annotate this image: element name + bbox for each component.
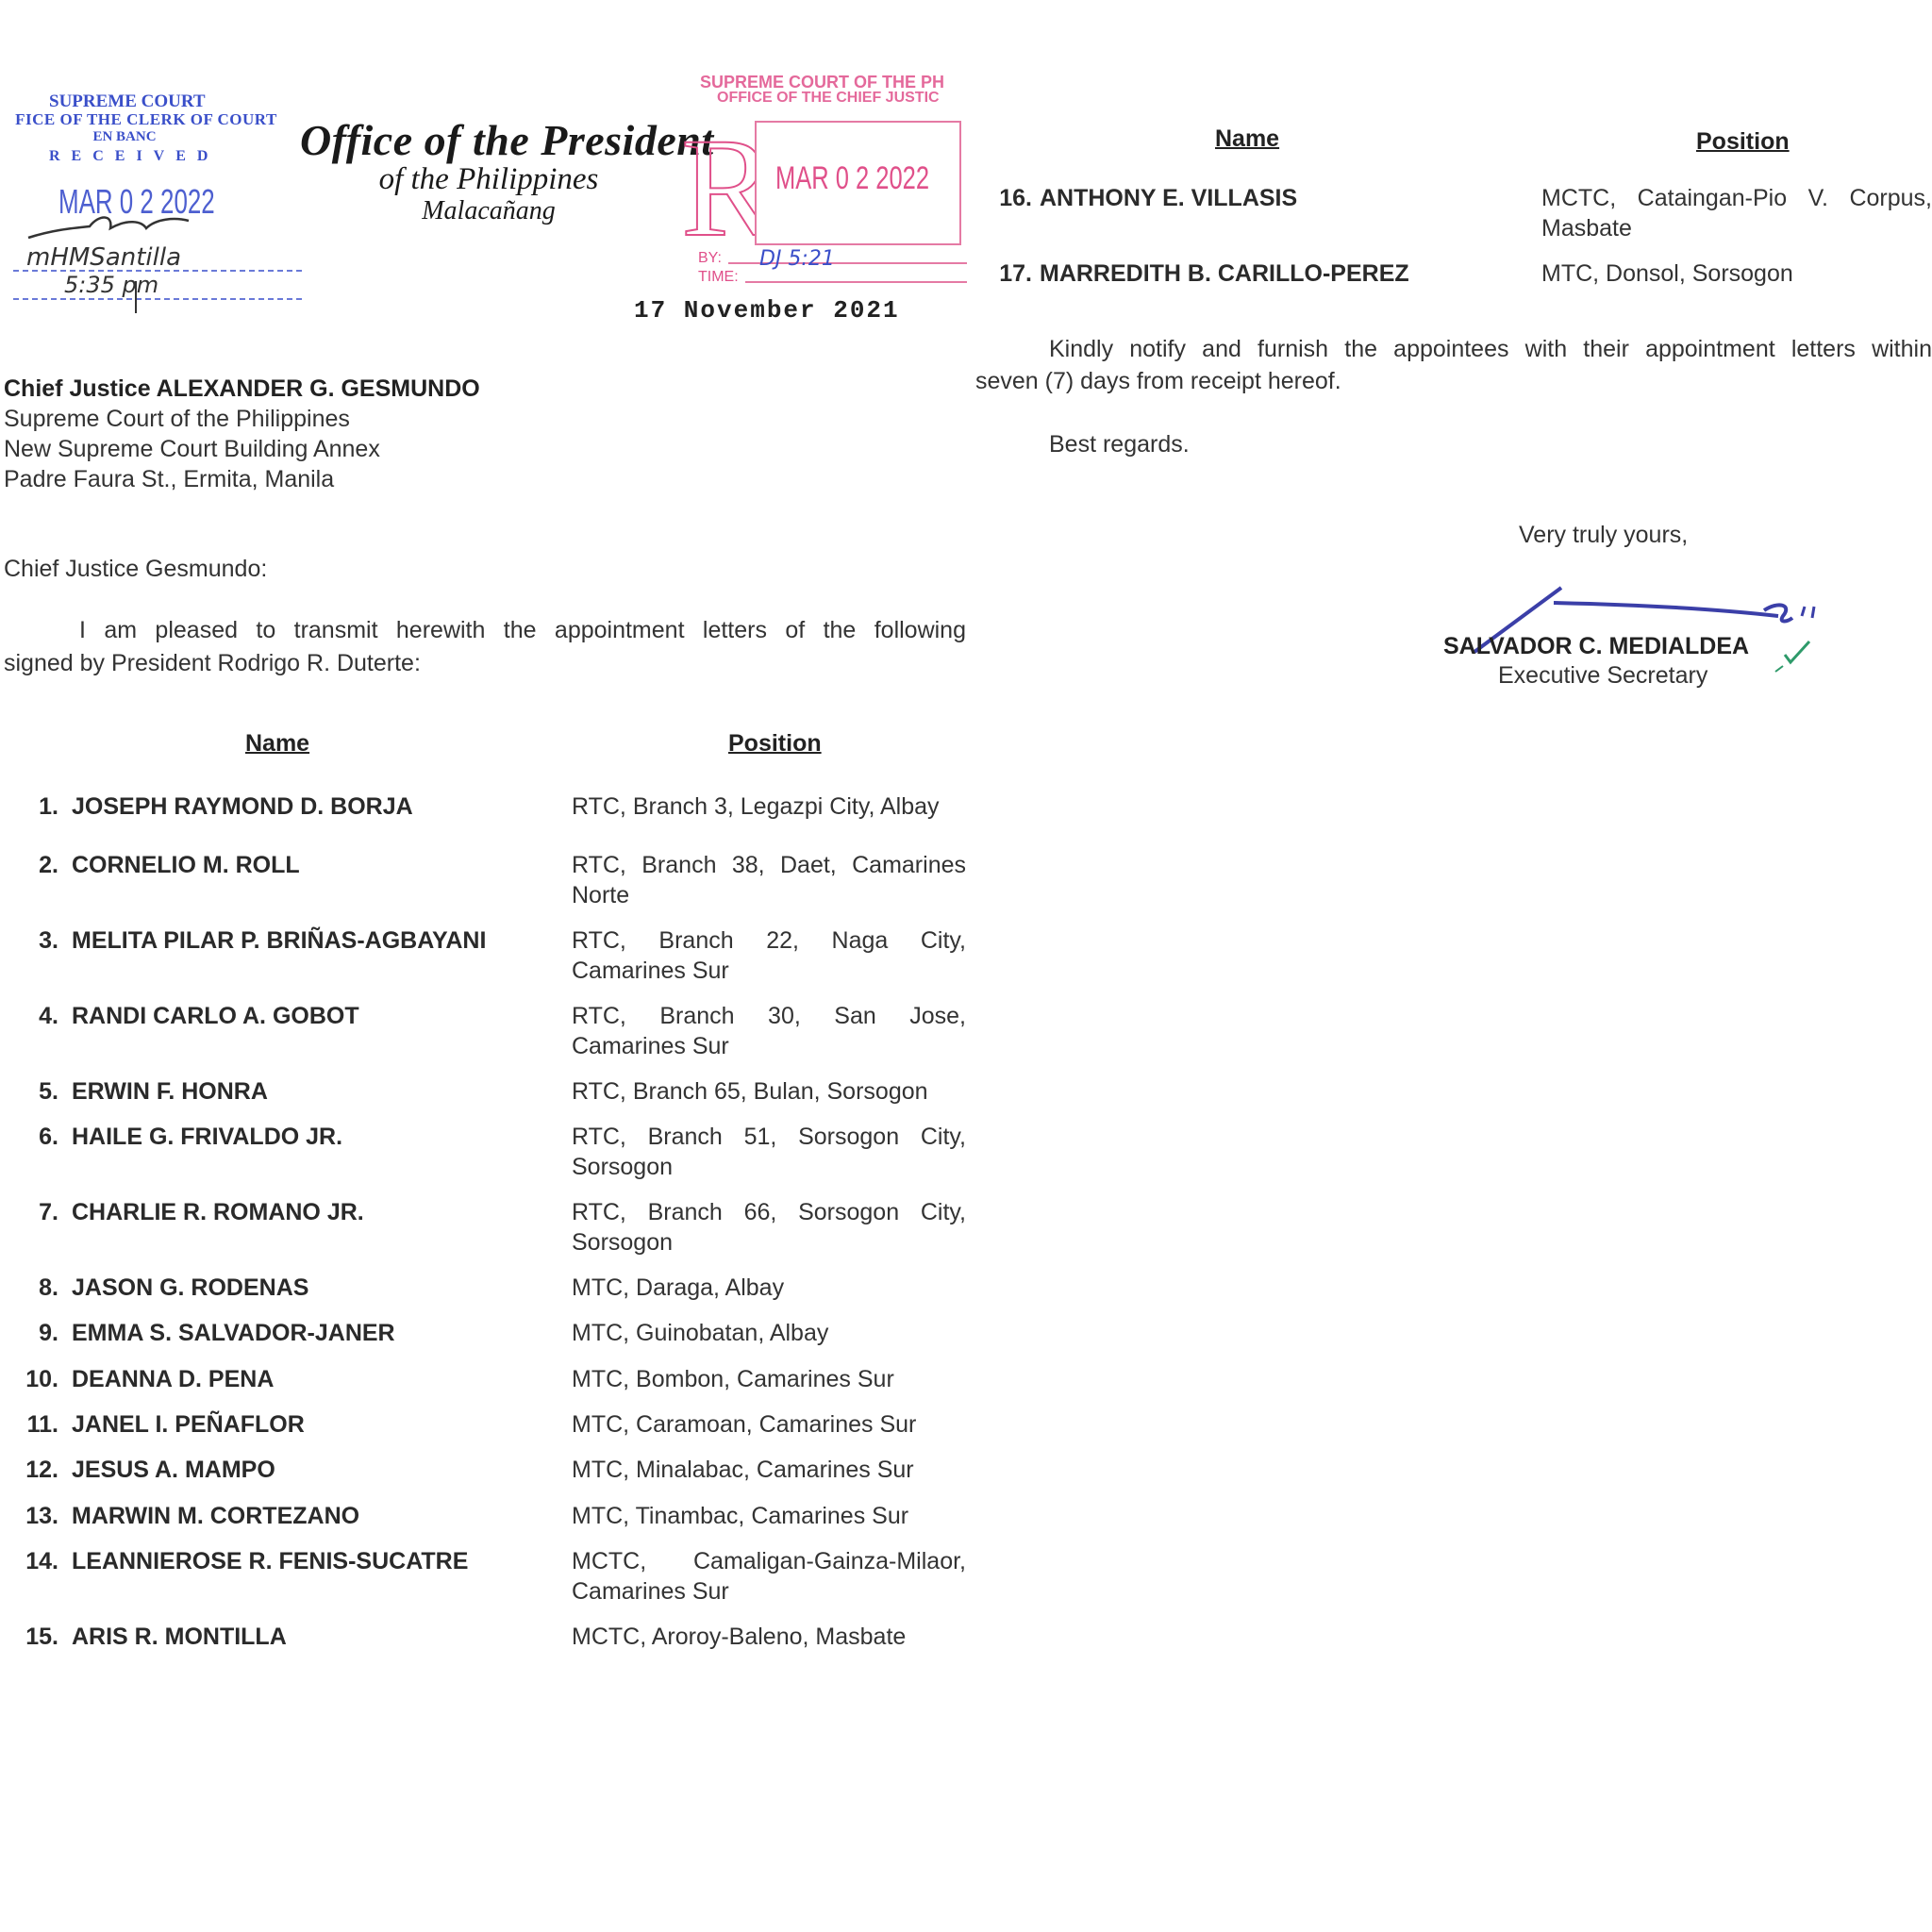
appointee-position: MTC, Minalabac, Camarines Sur bbox=[572, 1455, 966, 1487]
row-number: 14. bbox=[17, 1548, 58, 1575]
row-number: 1. bbox=[17, 793, 58, 821]
row-number: 12. bbox=[17, 1457, 58, 1484]
row-number: 2. bbox=[17, 852, 58, 879]
checkmark-icon bbox=[1772, 634, 1819, 677]
intro-paragraph-line-1: I am pleased to transmit herewith the ap… bbox=[79, 617, 966, 644]
handwritten-initials-icon bbox=[24, 209, 193, 247]
appointee-name: ARIS R. MONTILLA bbox=[72, 1624, 287, 1651]
stamp-line-2: FICE OF THE CLERK OF COURT bbox=[0, 110, 292, 129]
stamp-line-4: RECEIVED bbox=[49, 148, 200, 165]
row-number: 6. bbox=[17, 1124, 58, 1151]
row-number: 10. bbox=[17, 1366, 58, 1393]
appointee-position: RTC, Branch 66, Sorsogon City, Sorsogon bbox=[572, 1197, 966, 1259]
appointee-name: RANDI CARLO A. GOBOT bbox=[72, 1003, 359, 1030]
appointee-name: JASON G. RODENAS bbox=[72, 1274, 308, 1302]
appointee-name: LEANNIEROSE R. FENIS-SUCATRE bbox=[72, 1548, 468, 1575]
pink-time-line bbox=[745, 281, 967, 283]
row-number: 4. bbox=[17, 1003, 58, 1030]
pink-stamp-time-label: TIME: bbox=[698, 269, 739, 286]
appointee-position: RTC, Branch 38, Daet, Camarines Norte bbox=[572, 850, 966, 912]
row-number: 15. bbox=[17, 1624, 58, 1651]
row-number: 16. bbox=[991, 185, 1032, 212]
appointee-name: CORNELIO M. ROLL bbox=[72, 852, 300, 879]
column-header-name: Name bbox=[1215, 125, 1279, 153]
appointee-position: RTC, Branch 3, Legazpi City, Albay bbox=[572, 791, 966, 824]
salutation: Chief Justice Gesmundo: bbox=[4, 556, 267, 583]
time-dashed-line bbox=[13, 298, 302, 300]
appointee-position: RTC, Branch 22, Naga City, Camarines Sur bbox=[572, 925, 966, 988]
signatory-title: Executive Secretary bbox=[1498, 662, 1707, 690]
complimentary-close: Very truly yours, bbox=[1519, 522, 1688, 549]
best-regards: Best regards. bbox=[1049, 431, 1190, 458]
intro-paragraph-line-2: signed by President Rodrigo R. Duterte: bbox=[4, 650, 421, 677]
pink-stamp-date: MAR 0 2 2022 bbox=[775, 160, 929, 197]
appointee-position: MTC, Bombon, Camarines Sur bbox=[572, 1364, 966, 1396]
appointee-position: MTC, Tinambac, Camarines Sur bbox=[572, 1501, 966, 1533]
appointee-name: DEANNA D. PENA bbox=[72, 1366, 274, 1393]
addressee-name: Chief Justice ALEXANDER G. GESMUNDO bbox=[4, 375, 480, 403]
letterhead-office: Office of the President bbox=[300, 115, 677, 165]
appointee-name: MARREDITH B. CARILLO-PEREZ bbox=[1040, 260, 1409, 288]
appointee-name: MARWIN M. CORTEZANO bbox=[72, 1503, 359, 1530]
appointee-name: HAILE G. FRIVALDO JR. bbox=[72, 1124, 342, 1151]
column-header-position: Position bbox=[728, 730, 822, 758]
stamp-line-1: SUPREME COURT bbox=[49, 92, 200, 112]
appointee-position: RTC, Branch 51, Sorsogon City, Sorsogon bbox=[572, 1122, 966, 1184]
received-time-handwritten: 5:35 pm bbox=[64, 272, 158, 298]
appointee-position: RTC, Branch 30, San Jose, Camarines Sur bbox=[572, 1001, 966, 1063]
addressee-street: Padre Faura St., Ermita, Manila bbox=[4, 466, 334, 493]
row-number: 7. bbox=[17, 1199, 58, 1226]
closing-paragraph-line-1: Kindly notify and furnish the appointees… bbox=[1049, 336, 1932, 363]
row-number: 5. bbox=[17, 1078, 58, 1106]
column-header-position: Position bbox=[1696, 128, 1790, 156]
appointee-name: EMMA S. SALVADOR-JANER bbox=[72, 1320, 395, 1347]
appointee-name: JESUS A. MAMPO bbox=[72, 1457, 275, 1484]
appointee-position: MTC, Caramoan, Camarines Sur bbox=[572, 1409, 966, 1441]
column-header-name: Name bbox=[245, 730, 309, 758]
pink-stamp-line-2: OFFICE OF THE CHIEF JUSTIC bbox=[717, 90, 940, 107]
row-number: 17. bbox=[991, 260, 1032, 288]
appointee-name: JANEL I. PEÑAFLOR bbox=[72, 1411, 305, 1439]
appointee-position: MCTC, Aroroy-Baleno, Masbate bbox=[572, 1622, 966, 1654]
row-number: 3. bbox=[17, 927, 58, 955]
letterhead-country: of the Philippines bbox=[300, 162, 677, 197]
appointee-position: MTC, Guinobatan, Albay bbox=[572, 1318, 966, 1350]
appointee-position: MTC, Daraga, Albay bbox=[572, 1273, 966, 1305]
appointee-position: RTC, Branch 65, Bulan, Sorsogon bbox=[572, 1076, 966, 1108]
signatory-name: SALVADOR C. MEDIALDEA bbox=[1443, 633, 1749, 660]
appointee-name: CHARLIE R. ROMANO JR. bbox=[72, 1199, 364, 1226]
receiver-name-handwritten: mHMSantilla bbox=[26, 243, 181, 272]
pink-stamp-by-label: BY: bbox=[698, 250, 722, 267]
appointee-name: MELITA PILAR P. BRIÑAS-AGBAYANI bbox=[72, 927, 486, 955]
appointee-name: ANTHONY E. VILLASIS bbox=[1040, 185, 1297, 212]
row-number: 8. bbox=[17, 1274, 58, 1302]
row-number: 13. bbox=[17, 1503, 58, 1530]
appointee-position: MCTC, Cataingan-Pio V. Corpus, Masbate bbox=[1541, 183, 1932, 245]
letter-date: 17 November 2021 bbox=[634, 296, 900, 325]
row-number: 11. bbox=[17, 1411, 58, 1439]
appointee-position: MCTC, Camaligan-Gainza-Milaor, Camarines… bbox=[572, 1546, 966, 1608]
appointee-name: ERWIN F. HONRA bbox=[72, 1078, 268, 1106]
appointee-position: MTC, Donsol, Sorsogon bbox=[1541, 258, 1932, 291]
closing-paragraph-line-2: seven (7) days from receipt hereof. bbox=[975, 368, 1341, 395]
appointee-name: JOSEPH RAYMOND D. BORJA bbox=[72, 793, 413, 821]
addressee-building: New Supreme Court Building Annex bbox=[4, 436, 380, 463]
handwritten-stroke bbox=[135, 281, 137, 313]
row-number: 9. bbox=[17, 1320, 58, 1347]
letterhead-palace: Malacañang bbox=[300, 196, 677, 226]
addressee-org: Supreme Court of the Philippines bbox=[4, 406, 350, 433]
pink-stamp-handwritten: DJ 5:21 bbox=[759, 247, 835, 271]
stamp-line-3: EN BANC bbox=[49, 129, 200, 145]
